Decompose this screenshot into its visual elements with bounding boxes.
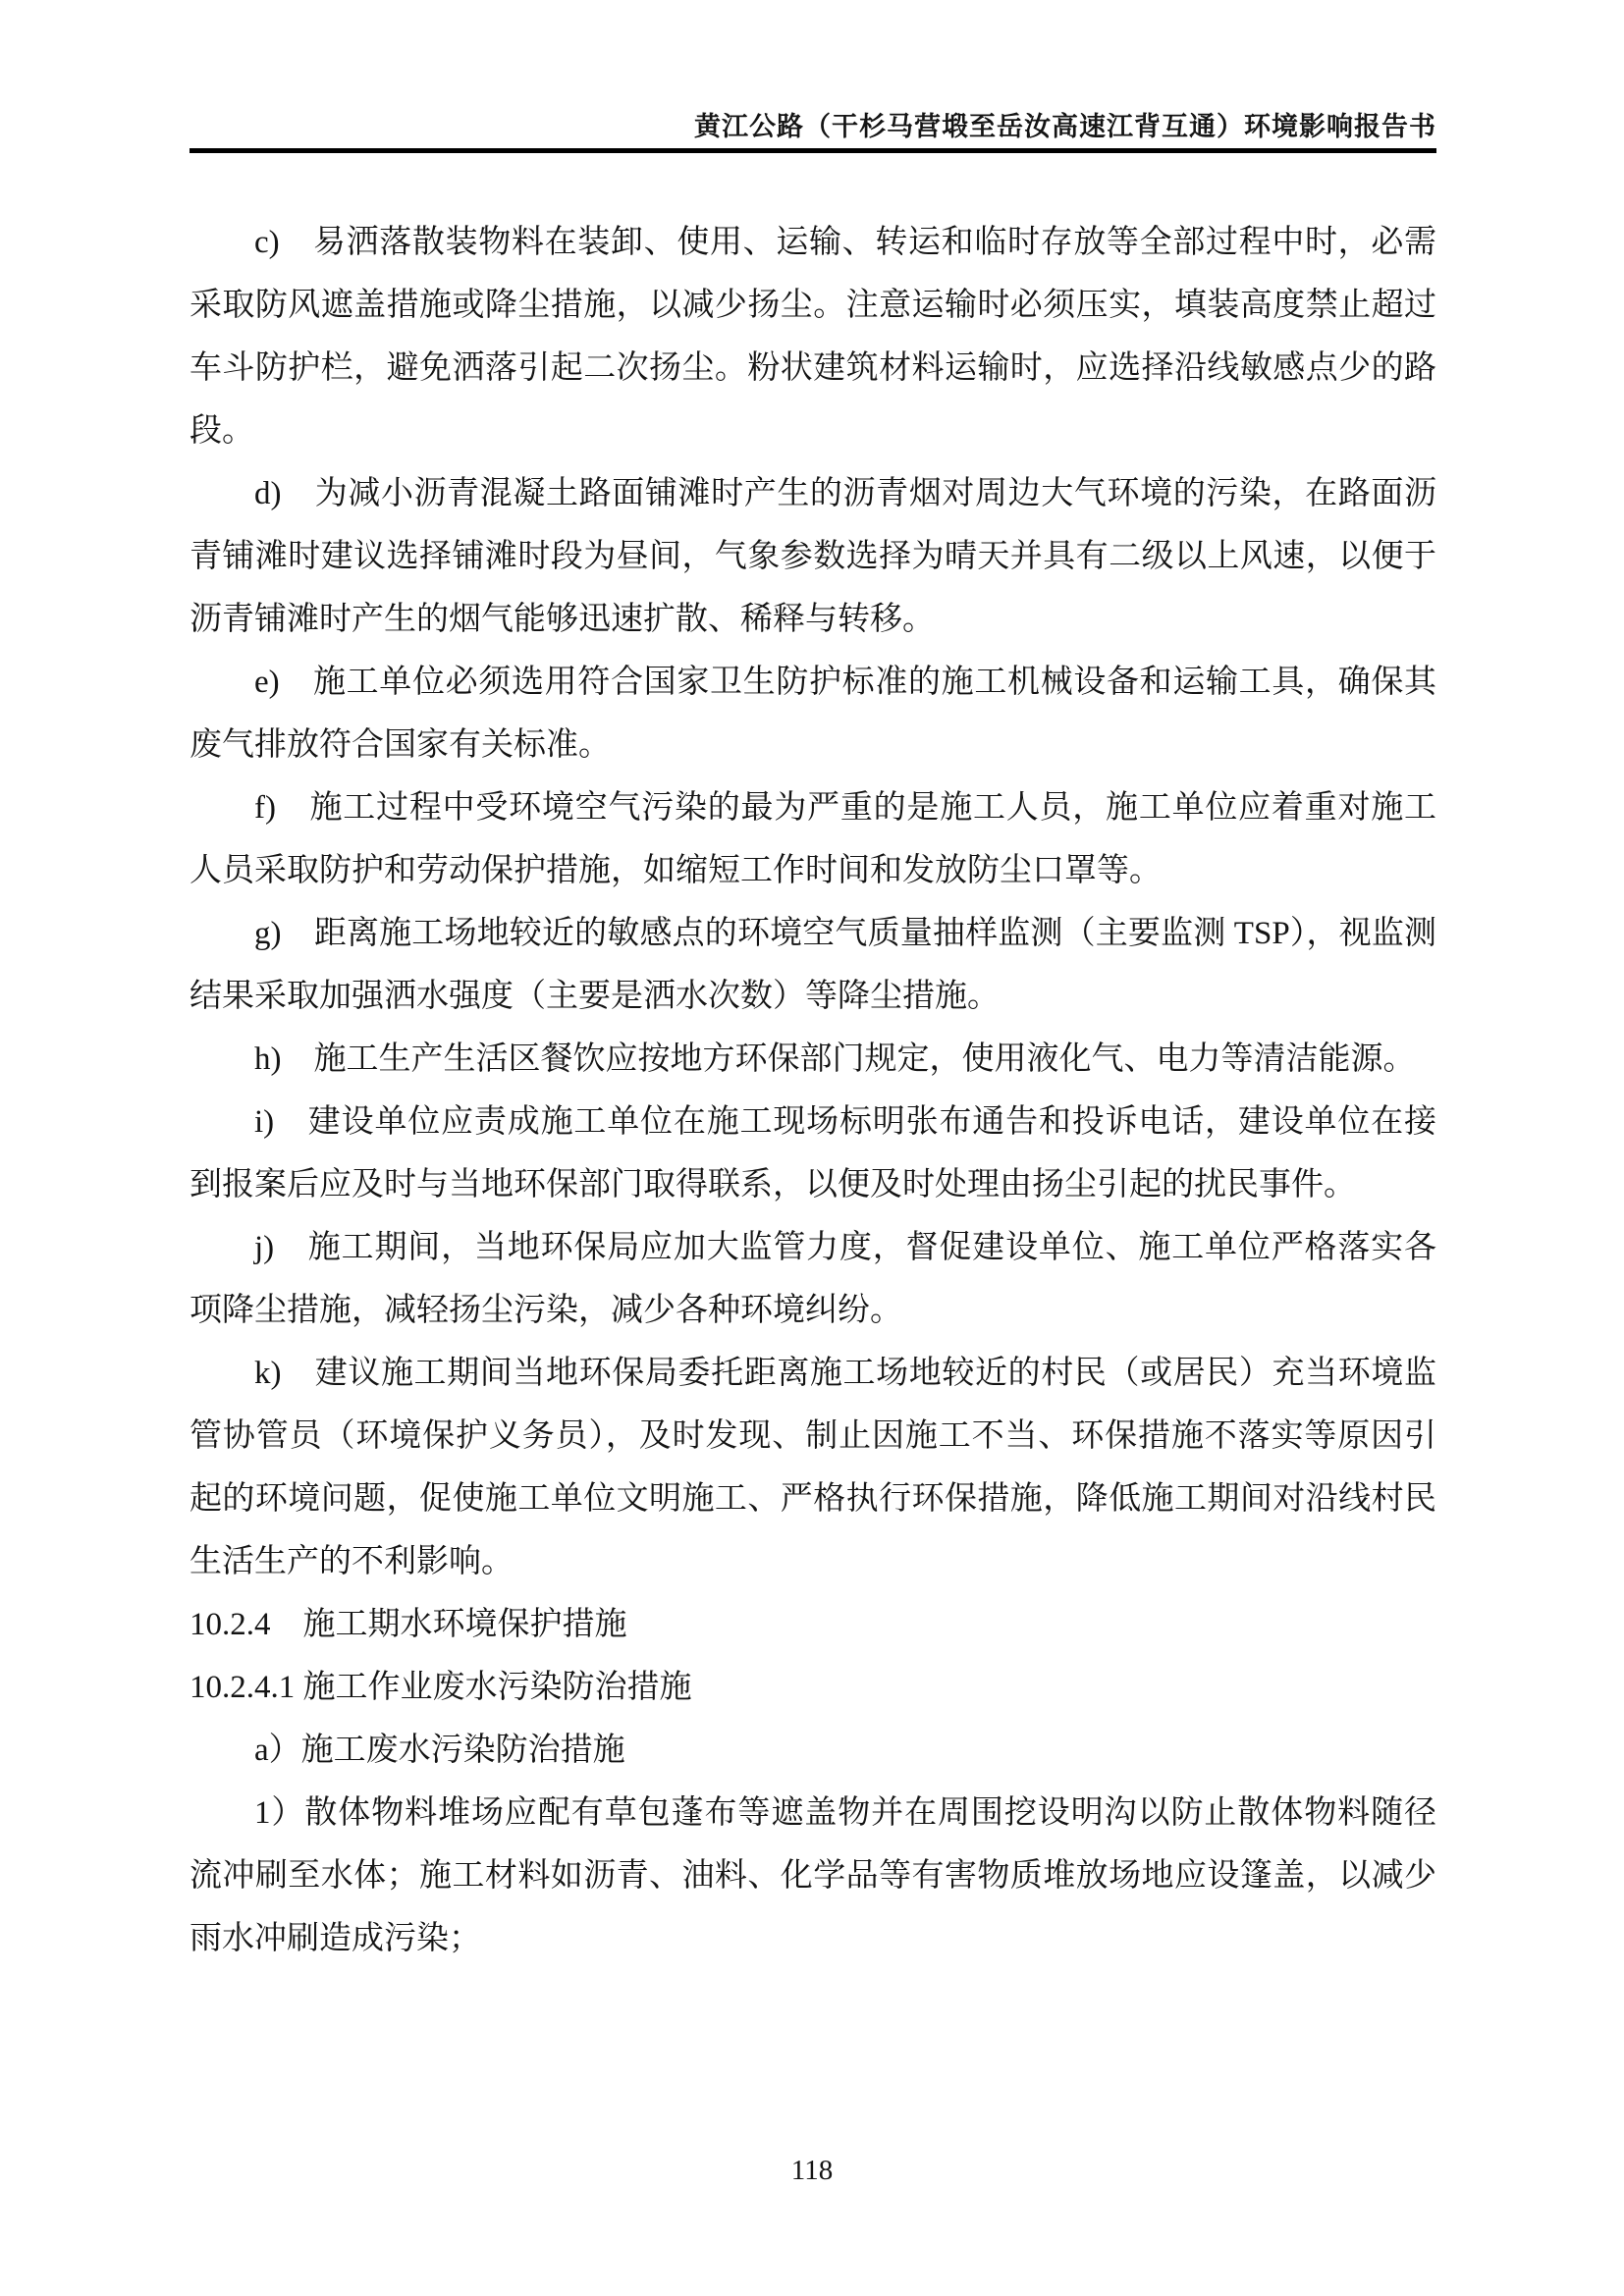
paragraph-d: d) 为减小沥青混凝土路面铺滩时产生的沥青烟对周边大气环境的污染，在路面沥青铺滩… (189, 462, 1436, 651)
header-title: 黄江公路（干杉马营塅至岳汝高速江背互通）环境影响报告书 (189, 110, 1436, 143)
paragraph-a: a）施工废水污染防治措施 (189, 1719, 1436, 1782)
document-body: c) 易洒落散装物料在装卸、使用、运输、转运和临时存放等全部过程中时，必需采取防… (189, 211, 1436, 1970)
paragraph-i: i) 建设单位应责成施工单位在施工现场标明张布通告和投诉电话，建设单位在接到报案… (189, 1091, 1436, 1216)
paragraph-k: k) 建议施工期间当地环保局委托距离施工场地较近的村民（或居民）充当环境监管协管… (189, 1342, 1436, 1593)
document-page: 黄江公路（干杉马营塅至岳汝高速江背互通）环境影响报告书 c) 易洒落散装物料在装… (0, 0, 1624, 2296)
page-footer: 118 (0, 2153, 1624, 2188)
paragraph-e: e) 施工单位必须选用符合国家卫生防护标准的施工机械设备和运输工具，确保其废气排… (189, 651, 1436, 776)
page-header: 黄江公路（干杉马营塅至岳汝高速江背互通）环境影响报告书 (189, 0, 1436, 143)
paragraph-j: j) 施工期间，当地环保局应加大监管力度，督促建设单位、施工单位严格落实各项降尘… (189, 1216, 1436, 1342)
header-divider (189, 148, 1436, 153)
paragraph-h: h) 施工生产生活区餐饮应按地方环保部门规定，使用液化气、电力等清洁能源。 (189, 1028, 1436, 1091)
paragraph-1: 1）散体物料堆场应配有草包蓬布等遮盖物并在周围挖设明沟以防止散体物料随径流冲刷至… (189, 1782, 1436, 1970)
section-heading-10-2-4: 10.2.4 施工期水环境保护措施 (189, 1593, 1436, 1656)
paragraph-f: f) 施工过程中受环境空气污染的最为严重的是施工人员，施工单位应着重对施工人员采… (189, 776, 1436, 902)
section-heading-10-2-4-1: 10.2.4.1 施工作业废水污染防治措施 (189, 1656, 1436, 1719)
paragraph-c: c) 易洒落散装物料在装卸、使用、运输、转运和临时存放等全部过程中时，必需采取防… (189, 211, 1436, 462)
paragraph-g: g) 距离施工场地较近的敏感点的环境空气质量抽样监测（主要监测 TSP），视监测… (189, 902, 1436, 1028)
page-number: 118 (791, 2155, 833, 2186)
